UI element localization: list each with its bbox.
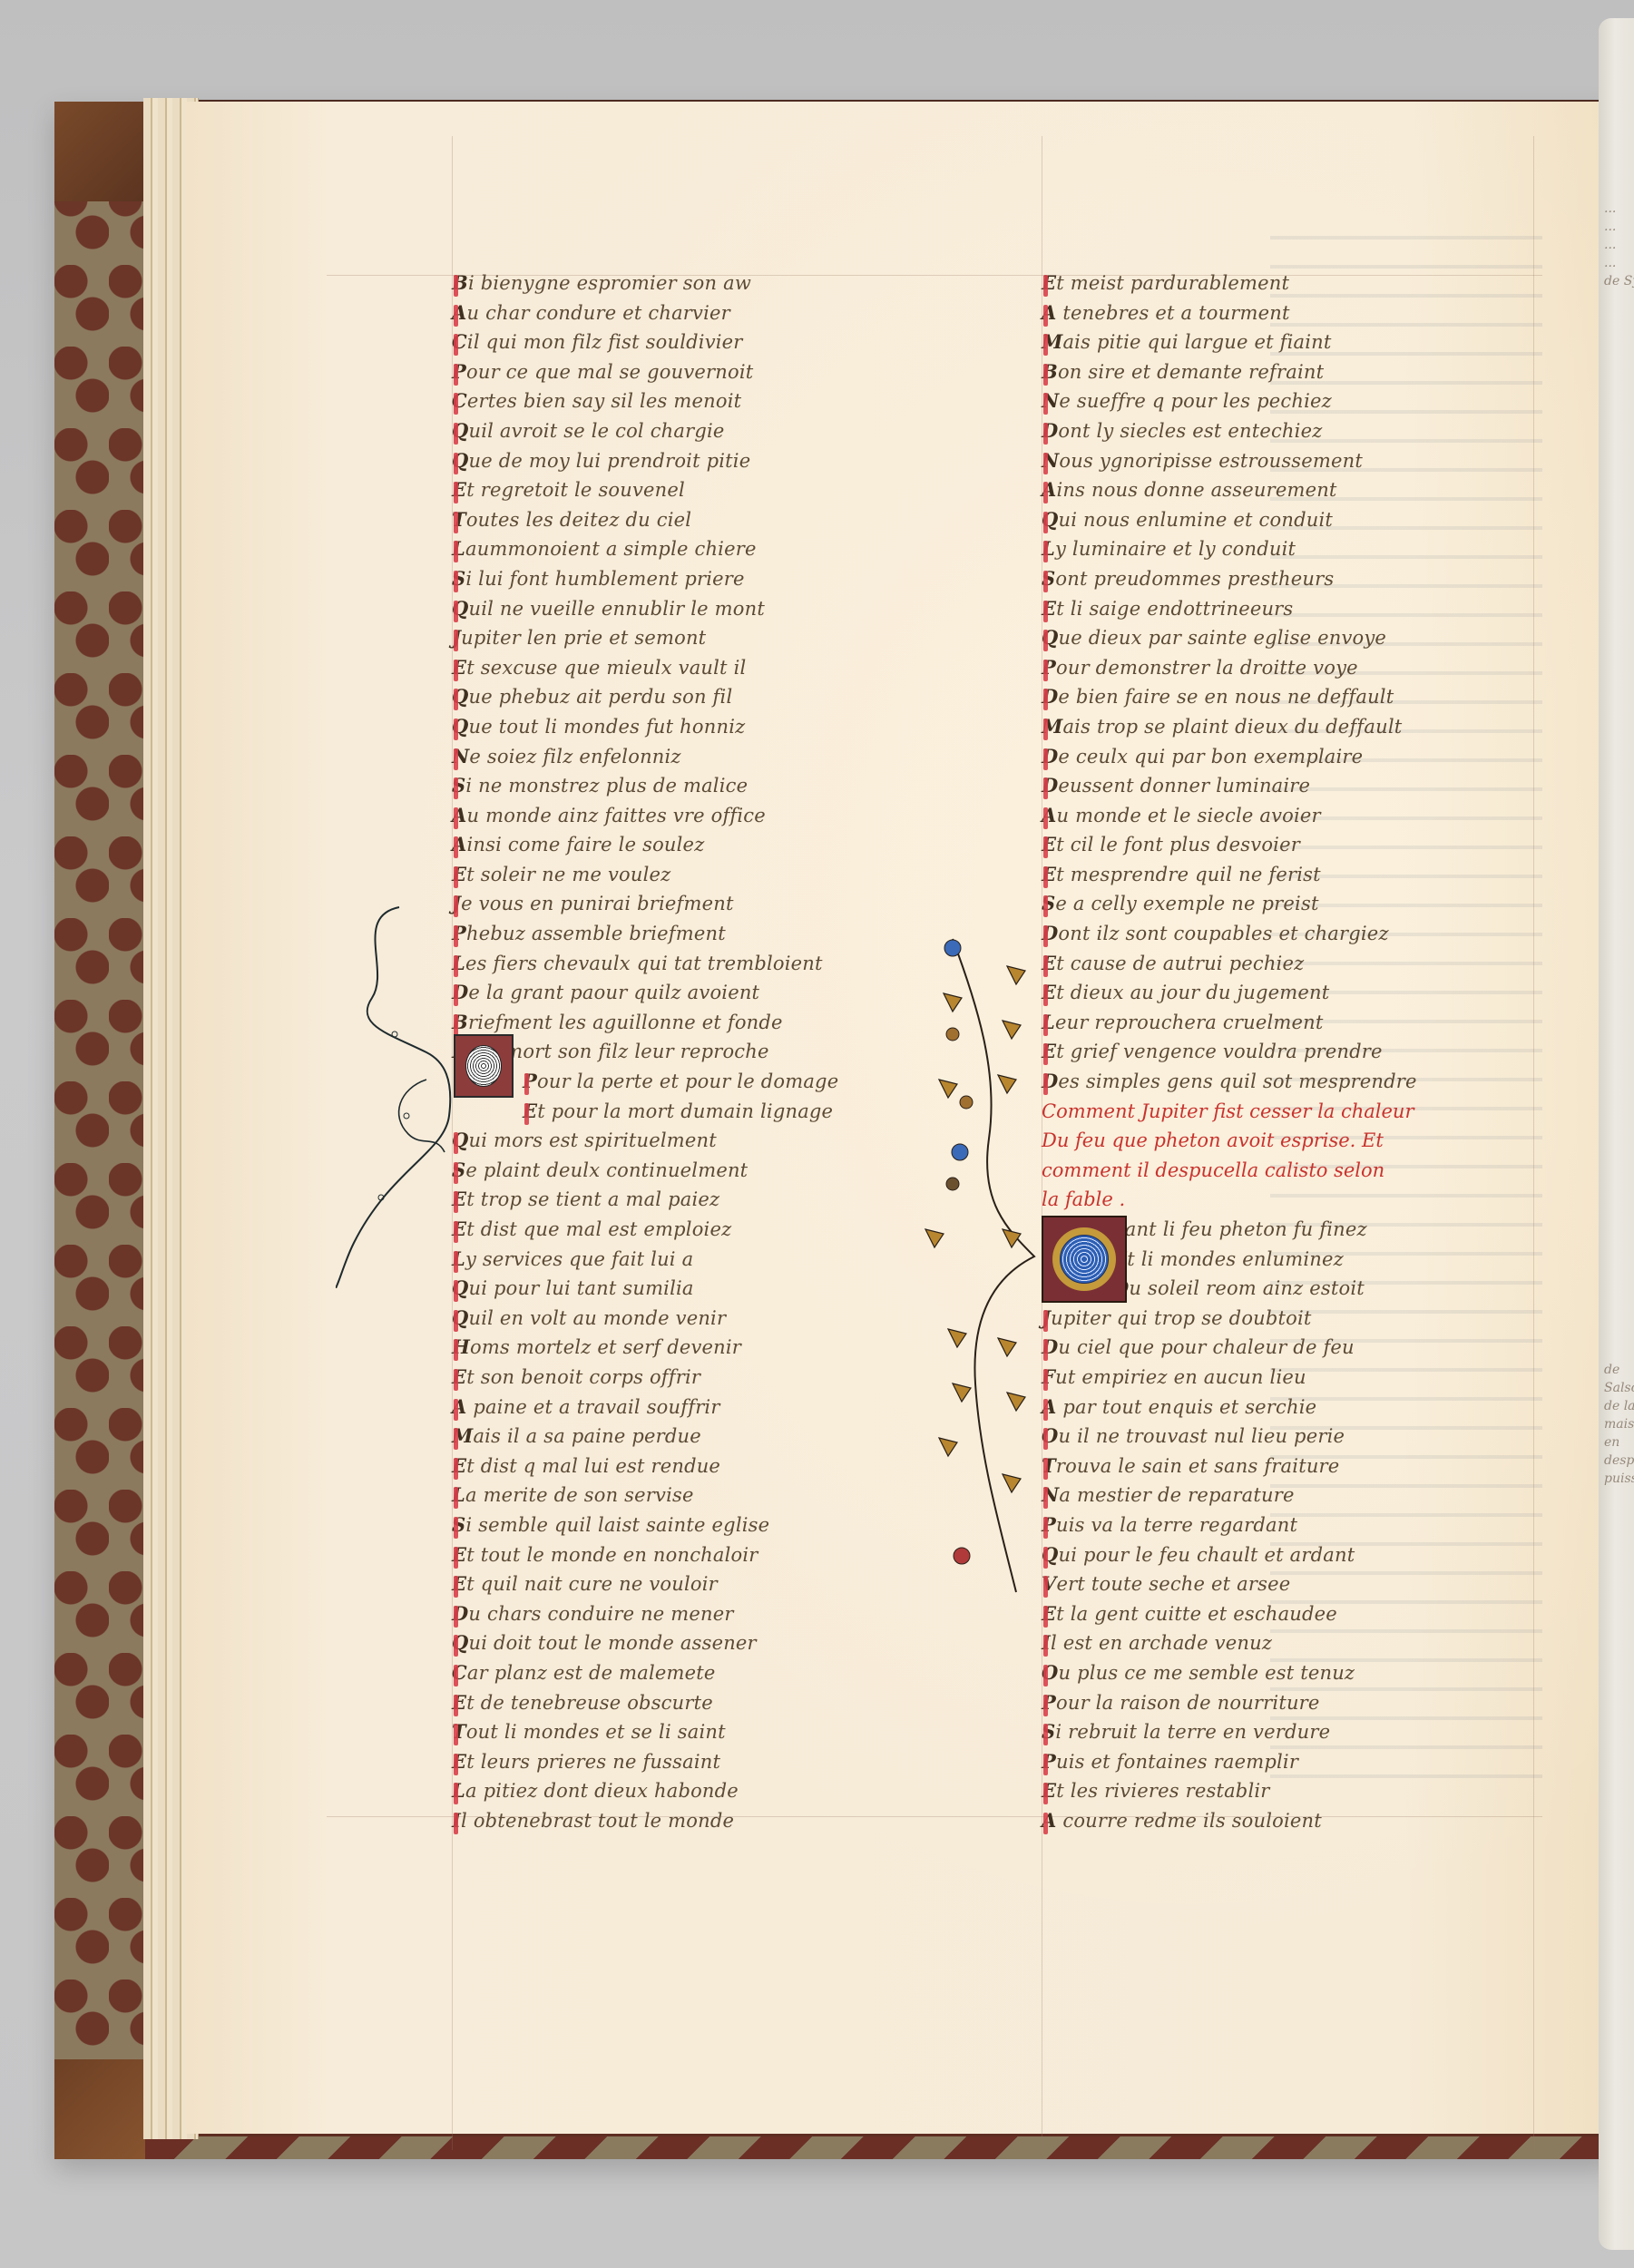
verse-text: il qui mon filz fist souldivier <box>467 331 743 353</box>
rubricated-capital: E <box>1042 833 1056 855</box>
verse-line: Qui mors est spirituelment <box>452 1126 960 1156</box>
rubricated-capital: Q <box>452 1631 469 1654</box>
rubricated-capital: Q <box>452 715 469 738</box>
verse-line: Laummonoient a simple chiere <box>452 534 960 564</box>
verse-line: Du chars conduire ne mener <box>452 1599 960 1629</box>
verse-text: ais trop se plaint dieux du deffault <box>1062 716 1402 738</box>
rubricated-capital: S <box>452 567 465 590</box>
verse-text: on sire et demante refraint <box>1058 361 1324 383</box>
verse-text: u char condure et charvier <box>467 302 730 324</box>
verse-line: Si semble quil laist sainte eglise <box>452 1510 960 1540</box>
verse-text: ais pitie qui largue et fiaint <box>1062 331 1331 353</box>
rubricated-capital: A <box>1042 1395 1057 1418</box>
rubricated-capital: D <box>1042 1070 1058 1092</box>
verse-text: ue phebuz ait perdu son fil <box>469 686 733 708</box>
rubricated-capital: M <box>452 1424 473 1447</box>
verse-text: ar planz est de malemete <box>467 1662 716 1684</box>
verse-line: Il est en archade venuz <box>1042 1628 1513 1658</box>
rubricated-capital: T <box>452 1720 466 1743</box>
verse-line: Se plaint deulx continuelment <box>452 1156 960 1186</box>
verse-line: Et quil nait cure ne vouloir <box>452 1569 960 1599</box>
verse-text: e la grant paour quilz avoient <box>468 982 759 1003</box>
verse-line: Ne sueffre q pour les pechiez <box>1042 386 1513 416</box>
verse-line: Mais trop se plaint dieux du deffault <box>1042 712 1513 742</box>
verse-text: ui pour le feu chault et ardant <box>1059 1544 1355 1566</box>
rubricated-capital: M <box>1042 715 1062 738</box>
verse-text: ert toute seche et arsee <box>1057 1573 1291 1595</box>
rubricated-capital: E <box>1042 271 1056 294</box>
rubricated-capital: B <box>452 271 468 294</box>
verse-text: t mesprendre quil ne ferist <box>1056 864 1321 885</box>
verse-line: Et sexcuse que mieulx vault il <box>452 653 960 683</box>
red-flower-icon <box>954 1548 970 1564</box>
verse-line: Et regretoit le souvenel <box>452 475 960 505</box>
verse-line: Dont ilz sont coupables et chargiez <box>1042 919 1513 949</box>
verse-line: Ly luminaire et ly conduit <box>1042 534 1513 564</box>
rubricated-capital: D <box>1042 685 1058 708</box>
next-leaf-line: ... <box>1604 200 1634 218</box>
next-leaf-line: ... <box>1604 236 1634 254</box>
verse-line: Bi bienygne espromier son aw <box>452 269 960 298</box>
verse-text: paine et a travail souffrir <box>467 1396 720 1418</box>
verse-line: Ou il ne trouvast nul lieu perie <box>1042 1422 1513 1452</box>
rubricated-capital: S <box>1042 892 1055 914</box>
rubricated-capital: I <box>1042 1631 1051 1654</box>
rubricated-capital: E <box>452 478 466 501</box>
verse-line: Et pour la mort dumain lignage <box>452 1097 960 1127</box>
rubricated-capital: C <box>452 389 467 412</box>
verse-text: y luminaire et ly conduit <box>1055 538 1296 560</box>
verse-line: Quil en volt au monde venir <box>452 1304 960 1334</box>
verse-line: Il obtenebrast tout le monde <box>452 1806 960 1836</box>
rubricated-capital: C <box>452 330 467 353</box>
verse-line: Se a celly exemple ne preist <box>1042 889 1513 919</box>
verse-line: Et soleir ne me voulez <box>452 860 960 890</box>
verse-text: ui pour lui tant sumilia <box>469 1277 694 1299</box>
verse-line: Pour demonstrer la droitte voye <box>1042 653 1513 683</box>
rubricated-capital: P <box>1042 1750 1056 1773</box>
rubricated-capital: E <box>1042 981 1056 1003</box>
verse-text: ant li feu pheton fu finez <box>1125 1218 1367 1240</box>
verse-text: e sueffre q pour les pechiez <box>1059 390 1332 412</box>
verse-line: Que dieux par sainte eglise envoye <box>1042 623 1513 653</box>
rubricated-capital: Q <box>1042 626 1059 649</box>
verse-text: t regretoit le souvenel <box>466 479 685 501</box>
verse-line: Quil avroit se le col chargie <box>452 416 960 446</box>
verse-line: Trouva le sain et sans fraiture <box>1042 1452 1513 1481</box>
rubricated-capital: A <box>1042 301 1057 324</box>
rubricated-capital: D <box>1042 419 1058 442</box>
verse-text: eur reprouchera cruelment <box>1055 1012 1324 1033</box>
verse-line: Et dieux au jour du jugement <box>1042 978 1513 1008</box>
rubricated-capital: Q <box>452 597 469 620</box>
verse-text: i rebruit la terre en verdure <box>1055 1721 1330 1743</box>
verse-line: Au char condure et charvier <box>452 298 960 328</box>
verse-text: t la gent cuitte et eschaudee <box>1056 1603 1337 1625</box>
verse-text: ui doit tout le monde assener <box>469 1632 757 1654</box>
rubricated-capital: Q <box>452 1306 469 1329</box>
verse-line: Vert toute seche et arsee <box>1042 1569 1513 1599</box>
rubricated-capital: D <box>452 1602 468 1625</box>
verse-text: t leurs prieres ne fussaint <box>466 1751 720 1773</box>
verse-text: eussent donner luminaire <box>1058 775 1310 797</box>
rubric-heading-line: comment il despucella calisto selon <box>1042 1156 1513 1186</box>
verse-line: Car planz est de malemete <box>452 1658 960 1688</box>
verse-text: u chars conduire ne mener <box>468 1603 733 1625</box>
verse-text: uil ne vueille ennublir le mont <box>469 598 765 620</box>
rubric-heading-line: la fable . <box>1042 1185 1513 1215</box>
verse-text: u plus ce me semble est tenuz <box>1059 1662 1355 1684</box>
verse-line: Et mesprendre quil ne ferist <box>1042 860 1513 890</box>
verse-text: par tout enquis et serchie <box>1057 1396 1317 1418</box>
verse-line: Qui doit tout le monde assener <box>452 1628 960 1658</box>
verse-text: t de tenebreuse obscurte <box>466 1692 713 1714</box>
ivy-vine-border <box>898 930 1043 1601</box>
verse-line: Briefment les aguillonne et fonde <box>452 1008 960 1038</box>
verse-line: A paine et a travail souffrir <box>452 1393 960 1422</box>
rubricated-capital: E <box>523 1100 537 1122</box>
rubricated-capital: L <box>452 1779 465 1802</box>
verse-text: t grief vengence vouldra prendre <box>1056 1041 1382 1062</box>
verse-text: uil en volt au monde venir <box>469 1307 727 1329</box>
rubricated-capital: V <box>1042 1572 1057 1595</box>
blue-filigree-bowl <box>1060 1235 1109 1284</box>
verse-line: Qui nous enlumine et conduit <box>1042 505 1513 535</box>
verse-text: t sexcuse que mieulx vault il <box>466 657 746 679</box>
verse-text: ont ilz sont coupables et chargiez <box>1058 923 1388 944</box>
verse-text: ous ygnoripisse estroussement <box>1059 450 1363 472</box>
verse-text: ont ly siecles est entechiez <box>1058 420 1322 442</box>
rubricated-capital: N <box>1042 1483 1059 1506</box>
rubricated-capital: P <box>1042 1513 1056 1536</box>
verse-line: A courre redme ils souloient <box>1042 1806 1513 1836</box>
rubricated-capital: I <box>452 1809 461 1832</box>
verse-text: u ciel que pour chaleur de feu <box>1058 1336 1354 1358</box>
rubricated-capital: A <box>1042 1809 1057 1832</box>
verse-text: t li mondes enluminez <box>1127 1248 1344 1270</box>
verse-text: ertes bien say sil les menoit <box>467 390 741 412</box>
next-leaf-line: de Salson <box>1604 1361 1634 1397</box>
rubricated-capital: L <box>1042 537 1055 560</box>
rubricated-capital: A <box>452 833 467 855</box>
verse-line: Et grief vengence vouldra prendre <box>1042 1037 1513 1067</box>
verse-line: Des simples gens quil sot mesprendre <box>1042 1067 1513 1097</box>
verse-line: Pour la perte et pour le domage <box>452 1067 960 1097</box>
leather-corner-top <box>54 102 145 201</box>
verse-text: uis et fontaines raemplir <box>1056 1751 1298 1773</box>
rubricated-capital: A <box>452 301 467 324</box>
verse-line: Puis et fontaines raemplir <box>1042 1747 1513 1777</box>
verse-text: t quil nait cure ne vouloir <box>466 1573 718 1595</box>
verse-text: i lui font humblement priere <box>465 568 744 590</box>
verse-line: Na mestier de reparature <box>1042 1481 1513 1510</box>
verse-line: De bien faire se en nous ne deffault <box>1042 682 1513 712</box>
verse-line: Phebuz assemble briefment <box>452 919 960 949</box>
rubricated-capital: E <box>1042 597 1056 620</box>
verse-line: Et cil le font plus desvoier <box>1042 830 1513 860</box>
verse-line: Et meist pardurablement <box>1042 269 1513 298</box>
verse-text: i bienygne espromier son aw <box>468 272 751 294</box>
verse-line: Et trop se tient a mal paiez <box>452 1185 960 1215</box>
verse-text: uil avroit se le col chargie <box>469 420 725 442</box>
rubricated-capital: Q <box>1042 1543 1059 1566</box>
verse-line: Ains nous donne asseurement <box>1042 475 1513 505</box>
rubricated-capital: A <box>452 1395 467 1418</box>
rubricated-capital: L <box>452 1483 465 1506</box>
verse-line: Bon sire et demante refraint <box>1042 357 1513 387</box>
next-leaf-line: de Sy <box>1604 272 1634 290</box>
verse-line: Et dist que mal est emploiez <box>452 1215 960 1245</box>
verse-text: ui mors est spirituelment <box>469 1129 717 1151</box>
verse-text: rouva le sain et sans fraiture <box>1056 1455 1340 1477</box>
verse-line: Homs mortelz et serf devenir <box>452 1333 960 1363</box>
rubricated-capital: E <box>1042 863 1056 885</box>
verse-line: Qui pour lui tant sumilia <box>452 1274 960 1304</box>
verse-text: aummonoient a simple chiere <box>465 538 757 560</box>
verse-line: Tout li mondes et se li saint <box>452 1717 960 1747</box>
rubricated-capital: N <box>452 745 469 767</box>
verse-text: riefment les aguillonne et fonde <box>468 1012 783 1033</box>
verse-text: insi come faire le soulez <box>467 834 705 855</box>
verse-line: Pour la raison de nourriture <box>1042 1688 1513 1718</box>
verse-line: Cil qui mon filz fist souldivier <box>452 327 960 357</box>
verse-line: Dont ly siecles est entechiez <box>1042 416 1513 446</box>
rubricated-capital: Q <box>452 685 469 708</box>
next-leaf-line: ... <box>1604 254 1634 272</box>
rubricated-capital: P <box>523 1070 537 1092</box>
verse-line: Certes bien say sil les menoit <box>452 386 960 416</box>
verse-text: t cause de autrui pechiez <box>1056 953 1304 974</box>
rubricated-capital: D <box>1042 774 1058 797</box>
verse-line: La pitiez dont dieux habonde <box>452 1776 960 1806</box>
rubricated-capital: J <box>452 626 461 649</box>
rubricated-capital: A <box>1042 478 1057 501</box>
verse-text: u il ne trouvast nul lieu perie <box>1059 1425 1345 1447</box>
verse-text: l obtenebrast tout le monde <box>461 1810 734 1832</box>
pen-flourish-decoration <box>336 898 463 1288</box>
verse-text: ue dieux par sainte eglise envoye <box>1059 627 1387 649</box>
verse-text: oms mortelz et serf devenir <box>470 1336 741 1358</box>
verse-text: t meist pardurablement <box>1056 272 1289 294</box>
verse-text: e plaint deulx continuelment <box>465 1159 748 1181</box>
verse-text: hebuz assemble briefment <box>466 923 726 944</box>
verse-line: De ceulx qui par bon exemplaire <box>1042 742 1513 772</box>
verse-text: e a celly exemple ne preist <box>1055 893 1318 914</box>
verse-text: our ce que mal se gouvernoit <box>466 361 753 383</box>
verse-text: tenebres et a tourment <box>1057 302 1290 324</box>
verse-line: Et tout le monde en nonchaloir <box>452 1540 960 1570</box>
verse-line: Pour ce que mal se gouvernoit <box>452 357 960 387</box>
verse-line: Au monde ainz faittes vre office <box>452 801 960 831</box>
verse-line: Et la gent cuitte et eschaudee <box>1042 1599 1513 1629</box>
verse-line: Jupiter len prie et semont <box>452 623 960 653</box>
verse-text: u monde ainz faittes vre office <box>467 805 766 826</box>
verse-line: Si lui font humblement priere <box>452 564 960 594</box>
rubric-heading-line: Comment Jupiter fist cesser la chaleur <box>1042 1097 1513 1127</box>
verse-line: Que phebuz ait perdu son fil <box>452 682 960 712</box>
rubricated-capital: S <box>452 774 465 797</box>
verse-text: t dist q mal lui est rendue <box>466 1455 720 1477</box>
next-leaf-line: ... <box>1604 218 1634 236</box>
rubricated-capital: F <box>1042 1365 1055 1388</box>
verse-text: upiter qui trop se doubtoit <box>1051 1307 1311 1329</box>
verse-text: outes les deitez du ciel <box>466 509 691 531</box>
verse-text: e vous en punirai briefment <box>461 893 733 914</box>
verse-text: u monde et le siecle avoier <box>1057 805 1321 826</box>
blue-flower-icon <box>952 1144 968 1160</box>
verse-line: Nous ygnoripisse estroussement <box>1042 446 1513 476</box>
verse-line: A tenebres et a tourment <box>1042 298 1513 328</box>
verse-text: ont preudommes prestheurs <box>1055 568 1334 590</box>
rubricated-capital: O <box>1042 1424 1059 1447</box>
verse-text: ut empiriez en aucun lieu <box>1055 1366 1306 1388</box>
verse-text: e bien faire se en nous ne deffault <box>1058 686 1394 708</box>
verse-line: Ainsi come faire le soulez <box>452 830 960 860</box>
verse-line: Sont preudommes prestheurs <box>1042 564 1513 594</box>
verse-text: ais il a sa paine perdue <box>473 1425 700 1447</box>
ruling-line-right-margin <box>1533 136 1534 2150</box>
verse-line: Ne soiez filz enfelonniz <box>452 742 960 772</box>
verse-text: a mestier de reparature <box>1059 1484 1294 1506</box>
rubricated-capital: S <box>452 1513 465 1536</box>
rubricated-capital: E <box>452 1543 466 1566</box>
rubricated-capital: B <box>1042 360 1058 383</box>
next-leaf-text: ............de Syde Salsonde la maisoen … <box>1604 200 1634 1488</box>
verse-text: l est en archade venuz <box>1051 1632 1272 1654</box>
verse-text: i ne monstrez plus de malice <box>465 775 748 797</box>
verse-text: uis va la terre regardant <box>1056 1514 1297 1536</box>
rubricated-capital: E <box>452 1365 466 1388</box>
verse-text: y services que fait lui a <box>465 1248 693 1270</box>
gold-letter-ring <box>1052 1227 1116 1291</box>
verse-text: t soleir ne me voulez <box>466 864 670 885</box>
rubricated-capital: E <box>1042 952 1056 974</box>
verse-line: Jupiter qui trop se doubtoit <box>1042 1304 1513 1334</box>
rubricated-capital: P <box>1042 656 1056 679</box>
verse-line: Et leurs prieres ne fussaint <box>452 1747 960 1777</box>
verse-text: t les rivieres restablir <box>1056 1780 1269 1802</box>
rubricated-capital: M <box>1042 330 1062 353</box>
rubricated-capital: C <box>452 1661 467 1684</box>
rubricated-capital: E <box>452 1454 466 1477</box>
verse-text: ue tout li mondes fut honniz <box>469 716 746 738</box>
rubricated-capital: E <box>1042 1602 1056 1625</box>
verse-line: Et son benoit corps offrir <box>452 1363 960 1393</box>
verse-line: Et la mort son filz leur reproche <box>452 1037 960 1067</box>
rubricated-capital: D <box>1042 1335 1058 1358</box>
rubricated-capital: D <box>1042 922 1058 944</box>
verse-line: De la grant paour quilz avoient <box>452 978 960 1008</box>
verse-line: Que de moy lui prendroit pitie <box>452 446 960 476</box>
verse-line: Au monde et le siecle avoier <box>1042 801 1513 831</box>
right-text-column: Et meist pardurablementA tenebres et a t… <box>1042 269 1513 1835</box>
rubricated-capital: L <box>1042 1011 1055 1033</box>
rubricated-capital: E <box>452 1572 466 1595</box>
rubricated-capital: H <box>452 1335 470 1358</box>
verse-line: Toutes les deitez du ciel <box>452 505 960 535</box>
verse-text: es simples gens quil sot mesprendre <box>1058 1070 1416 1092</box>
blue-flower-icon <box>944 940 961 956</box>
rubricated-capital: T <box>1042 1454 1056 1477</box>
rubricated-capital: N <box>1042 449 1059 472</box>
verse-line: Fut empiriez en aucun lieu <box>1042 1363 1513 1393</box>
marbled-cover-board <box>54 102 147 2159</box>
verse-text: our la perte et pour le domage <box>537 1070 838 1092</box>
verse-text: es fiers chevaulx qui tat trembloient <box>465 953 823 974</box>
rubricated-capital: O <box>1042 1661 1059 1684</box>
rubricated-capital: T <box>452 508 466 531</box>
rubricated-capital: E <box>452 656 466 679</box>
cover-bottom-edge <box>145 2136 1615 2159</box>
filigree-bowl <box>465 1045 502 1087</box>
verse-line: Si rebruit la terre en verdure <box>1042 1717 1513 1747</box>
rubric-heading-line: Du feu que pheton avoit esprise. Et <box>1042 1126 1513 1156</box>
verse-line: Ly services que fait lui a <box>452 1245 960 1275</box>
verse-line: Deussent donner luminaire <box>1042 771 1513 801</box>
verse-text: out li mondes et se li saint <box>466 1721 726 1743</box>
verse-text: ins nous donne asseurement <box>1057 479 1337 501</box>
next-leaf-edge: ............de Syde Salsonde la maisoen … <box>1599 18 1634 2250</box>
verse-text: courre redme ils souloient <box>1057 1810 1322 1832</box>
verse-text: t li saige endottrineeurs <box>1056 598 1293 620</box>
verse-line: Je vous en punirai briefment <box>452 889 960 919</box>
verse-text: upiter len prie et semont <box>461 627 706 649</box>
verse-text: t dist que mal est emploiez <box>466 1218 731 1240</box>
rubricated-capital: S <box>1042 567 1055 590</box>
verse-line: A par tout enquis et serchie <box>1042 1393 1513 1422</box>
verse-text: a merite de son servise <box>465 1484 694 1506</box>
rubricated-capital: E <box>1042 1779 1056 1802</box>
verse-text: t cil le font plus desvoier <box>1056 834 1300 855</box>
rubricated-capital: E <box>1042 1040 1056 1062</box>
verse-text: e ceulx qui par bon exemplaire <box>1058 746 1363 767</box>
next-leaf-line: en despit <box>1604 1433 1634 1470</box>
rubricated-capital: E <box>452 1750 466 1773</box>
rubricated-capital: Q <box>452 419 469 442</box>
verse-text: t pour la mort dumain lignage <box>537 1100 833 1122</box>
rubricated-capital: S <box>1042 1720 1055 1743</box>
verse-line: Que tout li mondes fut honniz <box>452 712 960 742</box>
verse-text: t trop se tient a mal paiez <box>466 1188 719 1210</box>
rubricated-capital: N <box>1042 389 1059 412</box>
verse-text: ui nous enlumine et conduit <box>1059 509 1334 531</box>
verse-text: our la raison de nourriture <box>1056 1692 1320 1714</box>
verse-text: e soiez filz enfelonniz <box>469 746 680 767</box>
next-leaf-line: puissanz <box>1604 1470 1634 1488</box>
verse-line: Et cause de autrui pechiez <box>1042 949 1513 979</box>
rubricated-capital: D <box>1042 745 1058 767</box>
verse-line: Et li saige endottrineeurs <box>1042 594 1513 624</box>
verse-text: ue de moy lui prendroit pitie <box>469 450 751 472</box>
left-text-column: Bi bienygne espromier son awAu char cond… <box>452 269 960 1835</box>
verse-line: La merite de son servise <box>452 1481 960 1510</box>
rubricated-capital: A <box>1042 804 1057 826</box>
rubricated-capital: L <box>452 537 465 560</box>
verse-line: Mais il a sa paine perdue <box>452 1422 960 1452</box>
verse-line: Mais pitie qui largue et fiaint <box>1042 327 1513 357</box>
verse-line: Les fiers chevaulx qui tat trembloient <box>452 949 960 979</box>
verse-text: i semble quil laist sainte eglise <box>465 1514 769 1536</box>
illuminated-initial-q <box>1042 1216 1127 1303</box>
verse-line: Quil ne vueille ennublir le mont <box>452 594 960 624</box>
rubricated-capital: E <box>452 863 466 885</box>
verse-line: Puis va la terre regardant <box>1042 1510 1513 1540</box>
rubricated-capital: P <box>1042 1691 1056 1714</box>
verse-line: Si ne monstrez plus de malice <box>452 771 960 801</box>
rubricated-capital: P <box>452 360 466 383</box>
rubricated-capital: A <box>452 804 467 826</box>
verse-text: t dieux au jour du jugement <box>1056 982 1329 1003</box>
